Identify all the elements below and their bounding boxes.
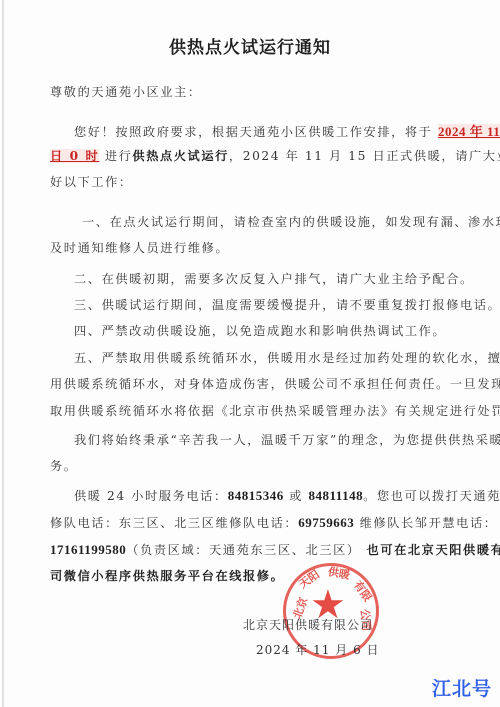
signature-date: 2024 年 11 月 6 日 xyxy=(256,641,380,658)
item-5-line-2: 用供暖系统循环水，对身体造成伤害，供暖公司不承担任何责任。一旦发现擅自 xyxy=(50,375,500,392)
contact-line-2: 修队电话：东三区、北三区维修队电话：69759663 维修队长邹开慧电话： xyxy=(50,514,498,531)
salutation: 尊敬的天通苑小区业主： xyxy=(50,83,202,100)
contact-text: 维修队长邹开慧电话： xyxy=(354,516,497,530)
signature-company: 北京天阳供暖有限公司 xyxy=(243,616,373,633)
notice-page: 供热点火试运行通知 尊敬的天通苑小区业主： 您好！按照政府要求，根据天通苑小区供… xyxy=(0,0,500,707)
intro-line-3: 好以下工作： xyxy=(50,173,133,190)
service-phone-2: 84811148 xyxy=(309,488,364,503)
contact-text: 或 xyxy=(284,489,309,503)
closing-line-2: 务。 xyxy=(50,457,78,474)
item-1-line-2: 及时通知维修人员进行维修。 xyxy=(50,239,229,256)
closing-line-1: 我们将始终秉承“辛苦我一人，温暖千万家”的理念，为您提供供热采暖服 xyxy=(74,431,500,448)
intro-text: 进行 xyxy=(99,149,132,163)
item-3: 三、供暖试运行期间，温度需要缓慢提升，请不要重复拨打报修电话。 xyxy=(74,296,500,313)
contact-text: （负责区域：天通苑东三区、北三区） xyxy=(126,543,360,557)
item-2: 二、在供暖初期，需要多次反复入户排气，请广大业主给予配合。 xyxy=(74,270,474,287)
repair-team-phone: 69759663 xyxy=(298,515,354,530)
item-1-line-1: 一、在点火试运行期间，请检查室内的供暖设施，如发现有漏、渗水现象， xyxy=(82,213,500,230)
watermark-logo: 江北号 xyxy=(432,674,492,701)
intro-text: 您好！按照政府要求，根据天通苑小区供暖工作安排，将于 xyxy=(74,125,438,139)
trial-run-bold: 供热点火试运行 xyxy=(132,149,229,163)
document-title: 供热点火试运行通知 xyxy=(0,33,500,58)
intro-line-1: 您好！按照政府要求，根据天通苑小区供暖工作安排，将于 2024 年 11 月 7 xyxy=(74,121,500,140)
wechat-notice-bold: 也可在北京天阳供暖有限公 xyxy=(361,543,500,557)
wechat-notice-bold: 司微信小程序供热服务平台在线报修。 xyxy=(50,569,284,583)
start-date-highlight: 2024 年 11 月 7 xyxy=(438,124,500,139)
contact-line-3: 17161199580（负责区域：天通苑东三区、北三区） 也可在北京天阳供暖有限… xyxy=(50,541,500,558)
item-5-line-1: 五、严禁取用供暖系统循环水，供暖用水是经过加药处理的软化水，擅自取 xyxy=(74,349,500,366)
intro-line-2: 日 0 时 进行供热点火试运行，2024 年 11 月 15 日正式供暖，请广大… xyxy=(50,147,500,164)
contact-line-1: 供暖 24 小时服务电话：84815346 或 84811148。您也可以拨打天… xyxy=(74,487,500,504)
item-4: 四、严禁改动供暖设施，以免造成跑水和影响供热调试工作。 xyxy=(74,322,446,339)
service-phone-1: 84815346 xyxy=(228,488,284,503)
intro-text: ，2024 年 11 月 15 日正式供暖，请广大业主配合做 xyxy=(229,149,500,163)
page-edge xyxy=(2,0,4,707)
contact-text: 。您也可以拨打天通苑供暖维 xyxy=(363,489,500,503)
team-leader-phone: 17161199580 xyxy=(50,542,126,557)
item-5-line-3: 取用供暖系统循环水将依据《北京市供热采暖管理办法》有关规定进行处罚。 xyxy=(50,402,500,419)
start-time-highlight: 日 0 时 xyxy=(50,149,99,163)
contact-text: 修队电话：东三区、北三区维修队电话： xyxy=(50,516,298,530)
contact-text: 供暖 24 小时服务电话： xyxy=(74,489,228,503)
contact-line-4: 司微信小程序供热服务平台在线报修。 xyxy=(50,567,284,584)
